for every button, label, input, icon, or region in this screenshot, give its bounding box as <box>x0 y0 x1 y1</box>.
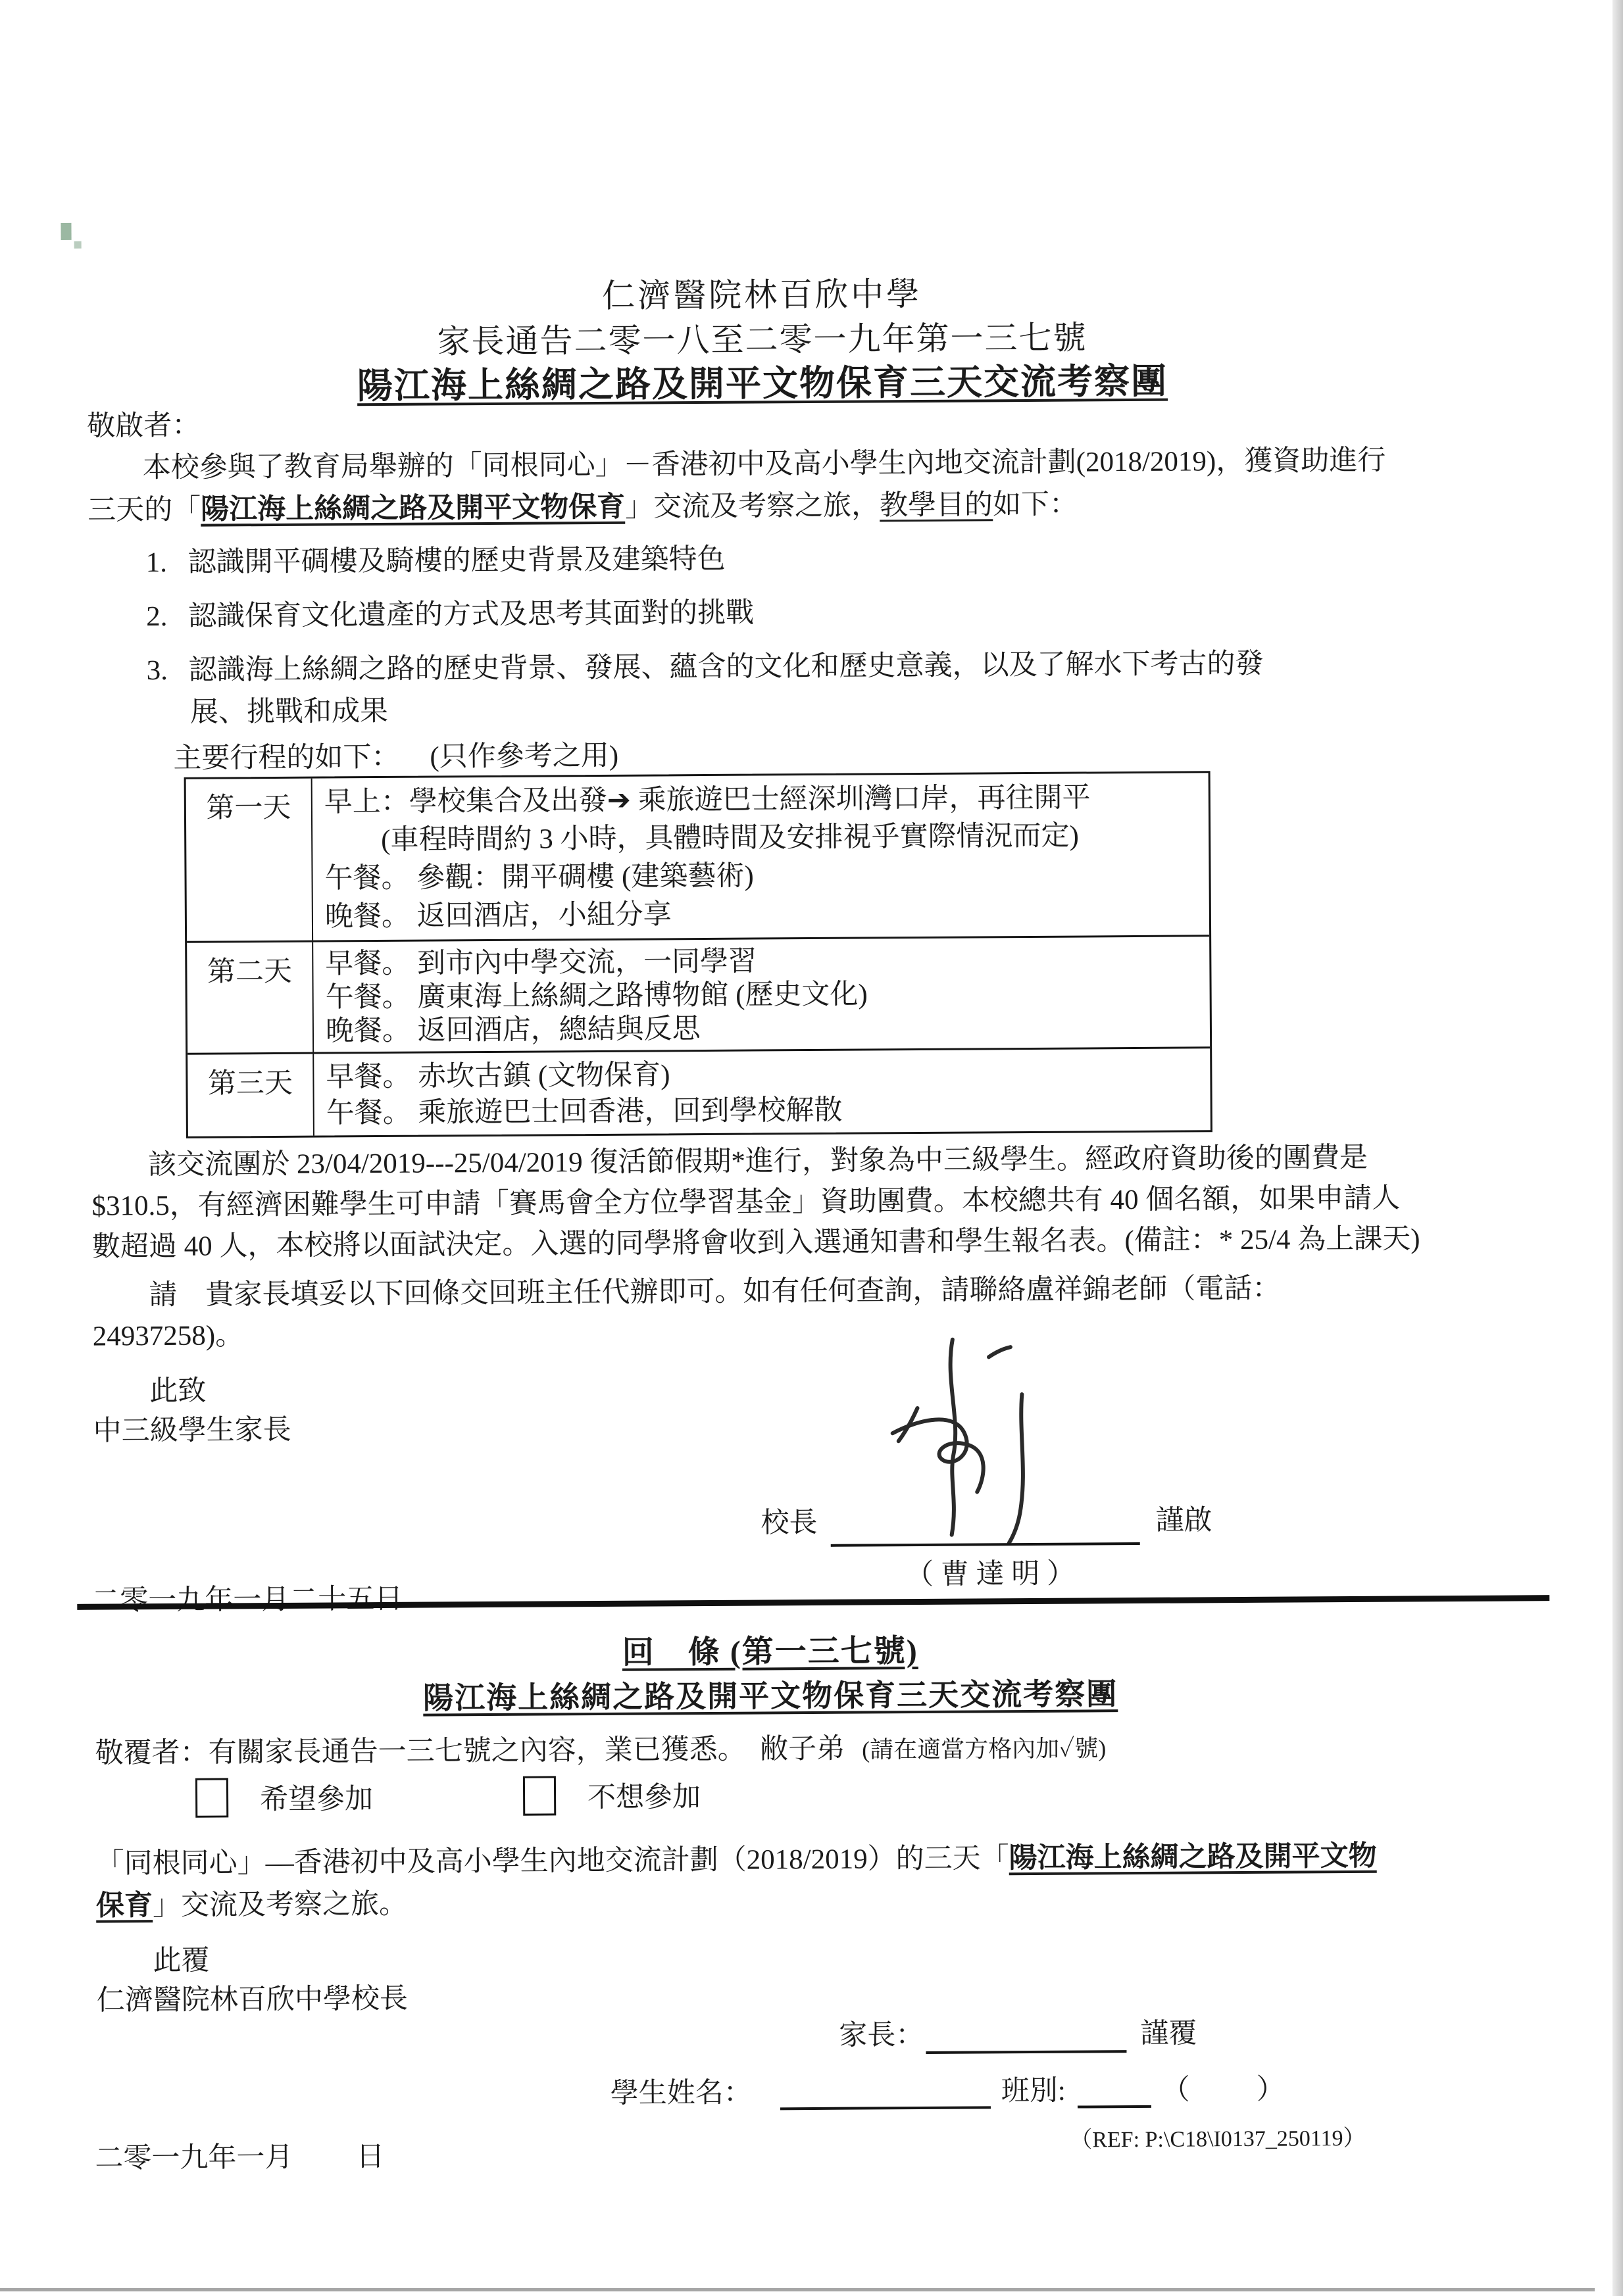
footer-date-line: 二零一九年一月日 <box>95 2137 384 2179</box>
principal-name: （ 曹 達 明 ） <box>845 1554 1135 1596</box>
checkbox-join[interactable] <box>195 1778 228 1817</box>
itinerary-line: 午餐。 廣東海上絲綢之路博物館 (歷史文化) <box>326 975 1203 1014</box>
programme-line-1-plain: 「同根同心」—香港初中及高小學生內地交流計劃（2018/2019）的三天「 <box>96 1843 1009 1879</box>
details-line-1: 該交流團於 23/04/2019---25/04/2019 復活節假期*進行，對… <box>91 1137 1560 1186</box>
objective-item-1: 1.認識開平碉樓及騎樓的歷史背景及建築特色 <box>145 540 725 583</box>
itinerary-line: 早餐。 到市內中學交流，一同學習 <box>325 942 1203 981</box>
programme-line-2-plain: 」交流及考察之旅。 <box>153 1889 407 1921</box>
class-line <box>1078 2072 1151 2109</box>
itinerary-row-day3: 第三天 早餐。 赤坎古鎮 (文物保育) 午餐。 乘旅遊巴士回香港，回到學校解散 <box>187 1046 1211 1136</box>
parent-sign-off: 謹覆 <box>1140 2014 1197 2054</box>
details-line-2: $310.5，有經濟困難學生可申請「賽馬會全方位學習基金」資助團費。本校總共有 … <box>91 1178 1560 1227</box>
details-line-3: 數超過 40 人，本校將以面試決定。入選的同學將會收到入選通知書和學生報名表。(… <box>92 1219 1561 1267</box>
intro-line-2-trip-name: 陽江海上絲綢之路及開平文物保育 <box>201 492 625 525</box>
objective-2-text: 認識保育文化遺產的方式及思考其面對的挑戰 <box>188 598 754 632</box>
itinerary-table: 第一天 早上：學校集合及出發➔ 乘旅遊巴士經深圳灣口岸，再往開平 (車程時間約 … <box>184 771 1212 1138</box>
checkbox-join-label: 希望參加 <box>260 1780 373 1820</box>
parent-label: 家長： <box>839 2016 924 2056</box>
intro-line-2-teaching-aims: 教學目的 <box>880 489 993 521</box>
itinerary-heading-note: (只作參考之用) <box>430 741 618 773</box>
intro-line-2-plain-b: 」交流及考察之旅， <box>625 490 880 522</box>
scan-edge-right <box>1612 0 1623 2296</box>
request-line-1: 請 貴家長填妥以下回條交回班主任代辦即可。如有任何查詢，請聯絡盧祥錦老師（電話： <box>92 1267 1561 1316</box>
itinerary-heading-label: 主要行程的如下： <box>173 742 399 774</box>
day-cell: 第三天 <box>187 1054 314 1136</box>
programme-line-1-trip-name: 陽江海上絲綢之路及開平文物 <box>1009 1841 1376 1874</box>
checkbox-decline-label: 不想參加 <box>587 1778 701 1818</box>
intro-line-2-plain-a: 三天的「 <box>87 495 201 526</box>
document-sheet: 仁濟醫院林百欣中學 家長通告二零一八至二零一九年第一三七號 陽江海上絲綢之路及開… <box>0 0 1623 2296</box>
day-cell: 第一天 <box>186 779 313 941</box>
student-name-line <box>780 2073 991 2110</box>
intro-line-1: 本校參與了教育局舉辦的「同根同心」－香港初中及高小學生內地交流計劃(2018/2… <box>143 440 1611 489</box>
notice-title: 陽江海上絲綢之路及開平文物保育三天交流考察團 <box>357 362 1168 406</box>
scanned-notice-page: { "document": { "header": { "school_name… <box>0 0 1623 2296</box>
itinerary-line: 晚餐。 返回酒店，小組分享 <box>325 892 1203 936</box>
itinerary-line: 午餐。 乘旅遊巴士回香港，回到學校解散 <box>326 1090 1204 1131</box>
objective-item-3-cont: 展、挑戰和成果 <box>190 692 388 733</box>
objective-3-number: 3. <box>146 651 188 691</box>
itinerary-line: 早餐。 赤坎古鎮 (文物保育) <box>326 1054 1203 1095</box>
intro-line-2-plain-c: 如下： <box>993 489 1078 521</box>
day1-schedule: 早上：學校集合及出發➔ 乘旅遊巴士經深圳灣口岸，再往開平 (車程時間約 3 小時… <box>312 773 1209 940</box>
objective-2-number: 2. <box>146 597 188 637</box>
objective-1-number: 1. <box>145 543 187 583</box>
class-paren-close: ） <box>1257 2070 1285 2110</box>
closing-recipient: 中三級學生家長 <box>93 1411 291 1452</box>
reply-label: 此覆 <box>153 1942 209 1982</box>
notice-date: 二零一九年一月二十五日 <box>91 1580 403 1621</box>
reply-ack-line: 敬覆者：有關家長通告一三七號之內容，業已獲悉。 敝子弟(請在適當方格內加✓號) <box>95 1728 1106 1774</box>
class-label: 班別: <box>1001 2072 1066 2112</box>
objective-3-text: 認識海上絲綢之路的歷史背景、發展、蘊含的文化和歷史意義，以及了解水下考古的發 <box>188 648 1263 686</box>
student-name-label: 學生姓名： <box>611 2074 752 2114</box>
itinerary-line: (車程時間約 3 小時，具體時間及安排視乎實際情況而定) <box>324 816 1202 860</box>
itinerary-row-day2: 第二天 早餐。 到市內中學交流，一同學習 午餐。 廣東海上絲綢之路博物館 (歷史… <box>187 935 1210 1052</box>
itinerary-heading: 主要行程的如下：(只作參考之用) <box>173 737 618 779</box>
parent-signature-line <box>926 2016 1126 2054</box>
salutation: 敬啟者： <box>87 406 200 447</box>
day-cell: 第二天 <box>187 942 314 1053</box>
itinerary-line: 晚餐。 返回酒店，總結與反思 <box>326 1009 1203 1048</box>
reply-slip-heading-wrap: 回 條 (第一三七號) <box>4 1621 1537 1676</box>
closing-to-label: 此致 <box>149 1372 206 1412</box>
principal-signature-line <box>830 1502 1139 1547</box>
class-paren-open: （ <box>1162 2071 1190 2111</box>
itinerary-row-day1: 第一天 早上：學校集合及出發➔ 乘旅遊巴士經深圳灣口岸，再往開平 (車程時間約 … <box>186 773 1209 940</box>
reply-slip-title-wrap: 陽江海上絲綢之路及開平文物保育三天交流考察團 <box>4 1667 1537 1720</box>
objective-item-3: 3.認識海上絲綢之路的歷史背景、發展、蘊含的文化和歷史意義，以及了解水下考古的發 <box>146 645 1263 691</box>
reply-principal-line: 仁濟醫院林百欣中學校長 <box>97 1980 408 2021</box>
footer-date: 二零一九年一月 <box>95 2142 293 2174</box>
intro-line-2: 三天的「陽江海上絲綢之路及開平文物保育」交流及考察之旅，教學目的如下： <box>87 482 1556 531</box>
principal-sign-off: 謹啟 <box>1155 1501 1212 1541</box>
checkbox-decline[interactable] <box>523 1776 556 1815</box>
itinerary-line: 早上：學校集合及出發➔ 乘旅遊巴士經深圳灣口岸，再往開平 <box>324 778 1202 821</box>
reply-slip-title: 陽江海上絲綢之路及開平文物保育三天交流考察團 <box>423 1677 1118 1715</box>
scan-mark-green-1 <box>61 223 71 240</box>
reply-slip-heading: 回 條 (第一三七號) <box>622 1634 918 1671</box>
scan-edge-bottom <box>0 2288 1595 2291</box>
day2-schedule: 早餐。 到市內中學交流，一同學習 午餐。 廣東海上絲綢之路博物館 (歷史文化) … <box>313 937 1210 1052</box>
notice-title-wrap: 陽江海上絲綢之路及開平文物保育三天交流考察團 <box>0 351 1529 410</box>
programme-line-2-trip-name: 保育 <box>96 1890 153 1922</box>
programme-line-1: 「同根同心」—香港初中及高小學生內地交流計劃（2018/2019）的三天「陽江海… <box>96 1836 1564 1884</box>
footer-ref: （REF: P:\C18\I0137_250119） <box>1070 2120 1366 2154</box>
day3-schedule: 早餐。 赤坎古鎮 (文物保育) 午餐。 乘旅遊巴士回香港，回到學校解散 <box>314 1048 1211 1135</box>
request-line-2: 24937258)。 <box>93 1308 1561 1357</box>
reply-ack-text: 敬覆者：有關家長通告一三七號之內容，業已獲悉。 敝子弟 <box>95 1734 845 1769</box>
footer-date-day: 日 <box>356 2141 384 2172</box>
reply-ack-note: (請在適當方格內加✓號) <box>862 1735 1106 1763</box>
scan-mark-green-2 <box>74 241 82 249</box>
programme-line-2: 保育」交流及考察之旅。 <box>96 1878 1564 1926</box>
itinerary-line: 午餐。 參觀：開平碉樓 (建築藝術) <box>324 854 1202 898</box>
principal-label: 校長 <box>761 1503 817 1544</box>
objective-1-text: 認識開平碉樓及騎樓的歷史背景及建築特色 <box>187 544 725 578</box>
objective-item-2: 2.認識保育文化遺產的方式及思考其面對的挑戰 <box>146 594 754 637</box>
